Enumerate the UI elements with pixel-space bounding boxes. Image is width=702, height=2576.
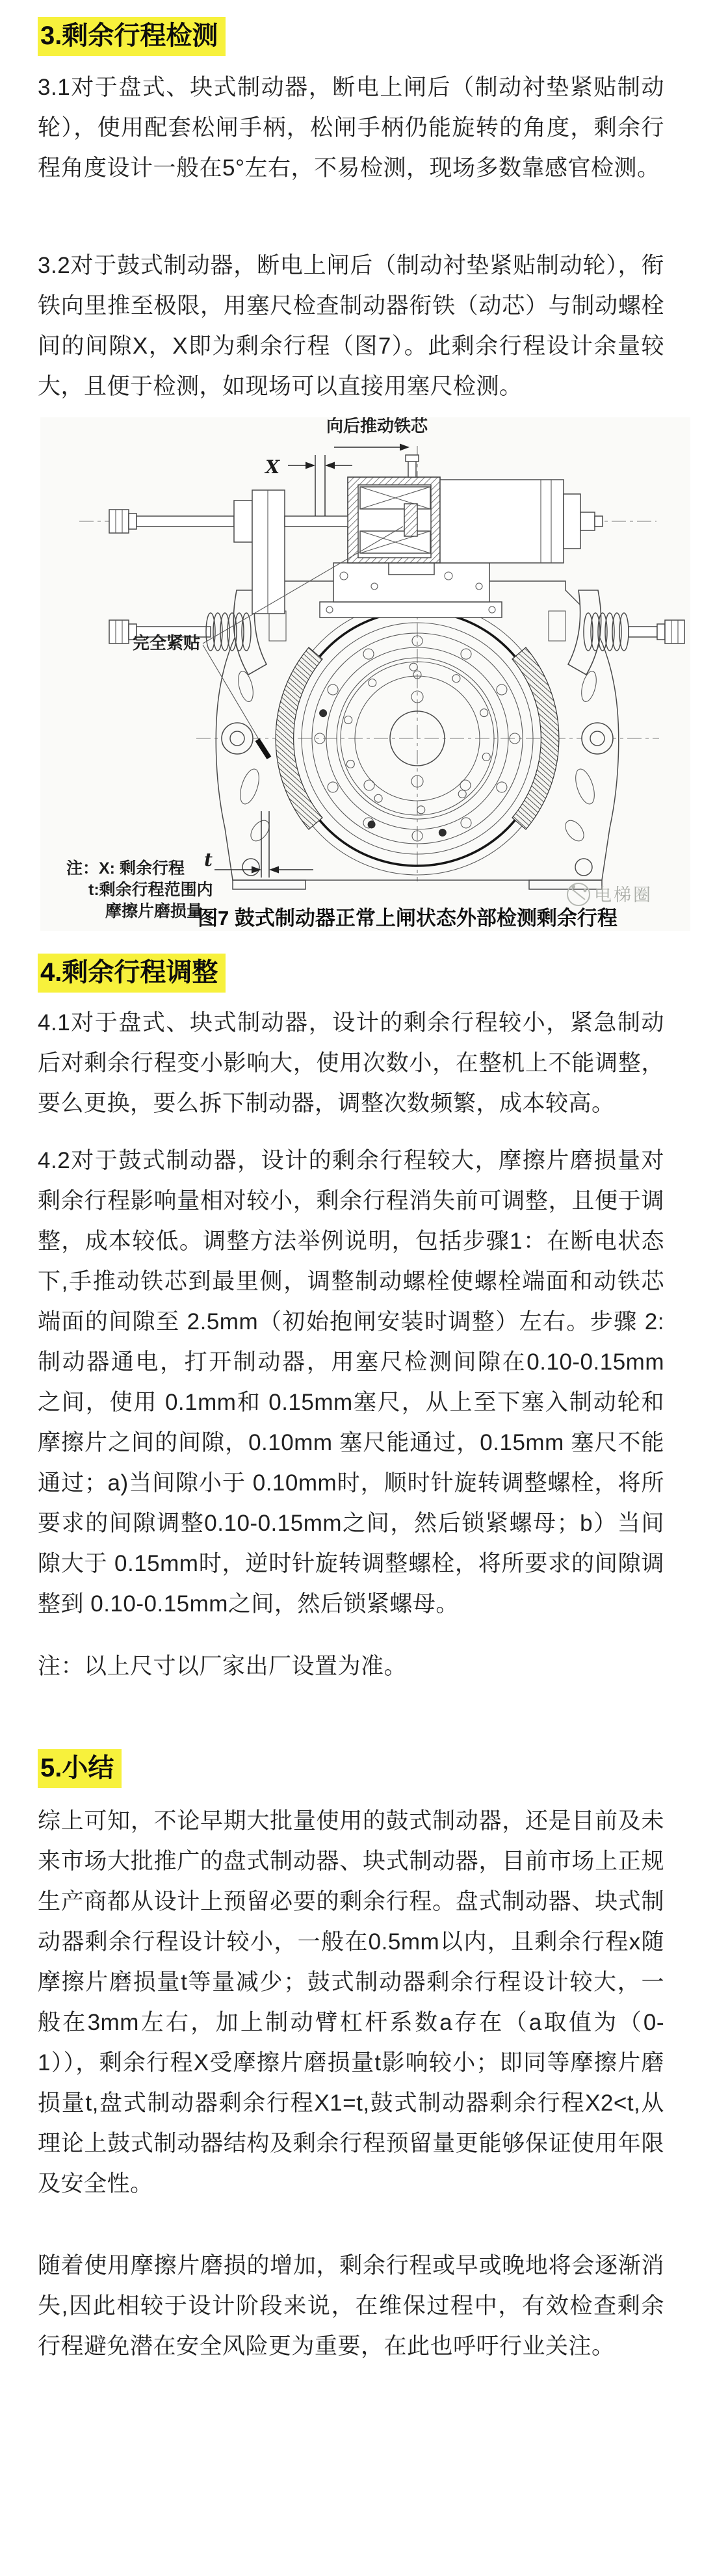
article-body: 3.剩余行程检测 3.1对于盘式、块式制动器，断电上闸后（制动衬垫紧贴制动轮），… xyxy=(0,0,702,2408)
figure-caption: 图7 鼓式制动器正常上闸状态外部检测剩余行程 xyxy=(198,907,617,930)
section-4-note: 注：以上尺寸以厂家出厂设置为准。 xyxy=(38,1646,664,1687)
figure-7: 向后推动铁芯 X 完全紧贴 t xyxy=(40,417,690,934)
section-5-heading: 5.小结 xyxy=(38,1749,664,1788)
push-core-label: 向后推动铁芯 xyxy=(326,417,428,436)
figure-note-line-2: t:剩余行程范围内 xyxy=(88,880,213,899)
section-4-title: 4.剩余行程调整 xyxy=(38,954,226,993)
section-4-paragraph-2: 4.2对于鼓式制动器，设计的剩余行程较大，摩擦片磨损量对剩余行程影响量相对较小，… xyxy=(38,1141,664,1624)
dimension-t-label: t xyxy=(204,849,213,870)
section-5-paragraph-1: 综上可知，不论早期大批量使用的鼓式制动器，还是目前及未来市场大批推广的盘式制动器… xyxy=(38,1801,664,2204)
drum-brake-diagram: 向后推动铁芯 X 完全紧贴 t xyxy=(40,417,690,931)
section-3-paragraph-1: 3.1对于盘式、块式制动器，断电上闸后（制动衬垫紧贴制动轮），使用配套松闸手柄，… xyxy=(38,68,664,189)
watermark-text: 电梯圈 xyxy=(594,885,653,905)
section-4-paragraph-1: 4.1对于盘式、块式制动器，设计的剩余行程较小，紧急制动后对剩余行程变小影响大，… xyxy=(38,1003,664,1124)
figure-note-line-3: 摩擦片磨损量 xyxy=(105,902,203,920)
mounting-bracket xyxy=(320,563,502,618)
section-4-heading: 4.剩余行程调整 xyxy=(38,954,664,993)
section-3-paragraph-2: 3.2对于鼓式制动器，断电上闸后（制动衬垫紧贴制动轮），衔铁向里推至极限，用塞尺… xyxy=(38,246,664,407)
movable-iron-core xyxy=(404,504,417,536)
dimension-x-label: X xyxy=(264,456,280,478)
section-5-title: 5.小结 xyxy=(38,1749,122,1788)
section-3-heading: 3.剩余行程检测 xyxy=(38,17,664,56)
tight-contact-label: 完全紧贴 xyxy=(133,633,200,653)
section-5-paragraph-2: 随着使用摩擦片磨损的增加，剩余行程或早或晚地将会逐渐消失,因此相较于设计阶段来说… xyxy=(38,2246,664,2367)
figure-note-line-1: 注：X: 剩余行程 xyxy=(66,859,185,878)
section-3-title: 3.剩余行程检测 xyxy=(38,17,226,56)
